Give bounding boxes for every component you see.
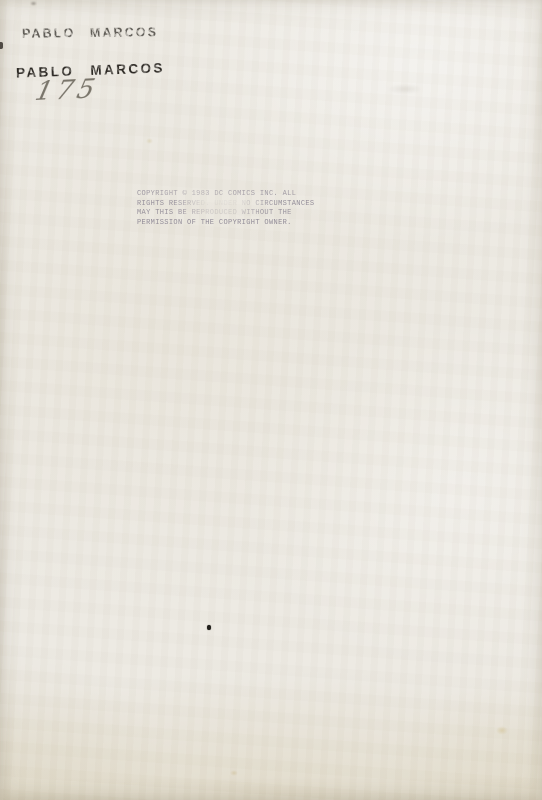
paper-stain [146, 138, 153, 144]
copyright-line: RIGHTS RESERVED. UNDER NO CIRCUMSTANCES [137, 200, 314, 210]
left-edge-ink-speck [0, 42, 3, 49]
artist-name-stamp-top: PABLO MARCOS [22, 25, 158, 40]
handwritten-page-number: 175 [32, 74, 102, 107]
paper-texture [0, 0, 542, 800]
copyright-notice-stamp: COPYRIGHT © 1983 DC COMICS INC. ALL RIGH… [137, 190, 314, 228]
ink-dot-mark [207, 625, 211, 630]
paper-stain [230, 770, 238, 776]
paper-stain [496, 726, 508, 735]
copyright-line: COPYRIGHT © 1983 DC COMICS INC. ALL [137, 190, 314, 200]
photo-back-scan: PABLO MARCOS PABLO MARCOS 175 COPYRIGHT … [0, 0, 542, 800]
top-edge-smudge [30, 1, 37, 6]
copyright-line: PERMISSION OF THE COPYRIGHT OWNER. [137, 219, 314, 229]
copyright-line: MAY THIS BE REPRODUCED WITHOUT THE [137, 209, 314, 219]
faint-smudge [388, 84, 422, 94]
